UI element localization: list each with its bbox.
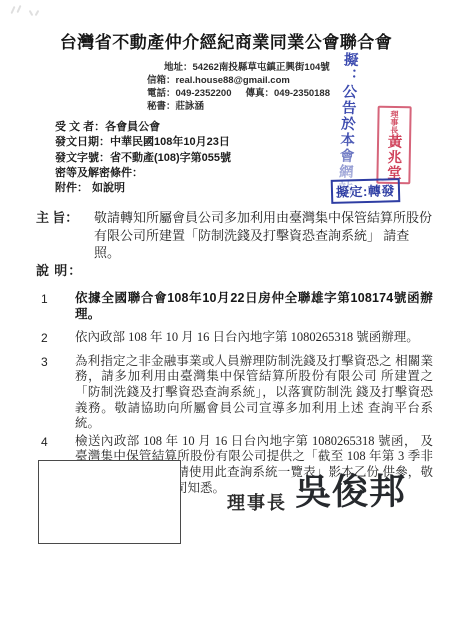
- contact-address: 地址：54262南投縣草屯鎮正興街104號: [147, 61, 330, 74]
- item-number: 4: [41, 434, 75, 449]
- field-recipient-label: 受 文 者：: [55, 121, 105, 133]
- chairman-seal-title: 理事長: [390, 110, 399, 134]
- letter-header-fields: 受 文 者：各會員公會 發文日期：中華民國108年10月23日 發文字號：省不動…: [55, 120, 231, 196]
- subject-label: 主 旨：: [36, 209, 94, 227]
- list-item: 1 依據全國聯合會108年10月22日房仲全聯雄字第108174號函辦理。: [41, 291, 433, 322]
- field-doc-number: 發文字號：省不動產(108)字第055號: [55, 151, 231, 166]
- item-number: 3: [41, 354, 75, 369]
- contact-block: 地址：54262南投縣草屯鎮正興街104號 信箱：real.house88@gm…: [147, 61, 330, 113]
- item-number: 1: [41, 291, 75, 306]
- list-item: 3 為利指定之非金融事業或人員辦理防制洗錢及打擊資恐之 相關業務，請多加利用由臺…: [41, 354, 433, 432]
- signature-name: 吳俊邦: [295, 464, 406, 516]
- scan-noise-mark: [29, 10, 34, 16]
- field-classification: 密等及解密條件：: [55, 166, 231, 181]
- item-number: 2: [41, 330, 75, 345]
- field-issue-date-label: 發文日期：: [55, 136, 110, 148]
- chairman-seal-name: 黃兆堂: [383, 134, 405, 181]
- contact-phone: 電話：049-2352200: [147, 88, 232, 99]
- item-text: 依內政部 108 年 10 月 16 日台內地字第 1080265318 號函辦…: [75, 330, 433, 346]
- signature-title: 理事長: [227, 489, 287, 515]
- subject-text: 敬請轉知所屬會員公司多加利用由臺灣集中保管結算所股份有限公司所建置「防制洗錢及打…: [94, 209, 434, 262]
- description-label: 說 明：: [36, 260, 82, 279]
- field-doc-number-label: 發文字號：: [55, 152, 110, 164]
- scan-noise-mark: [35, 10, 40, 16]
- subject-section: 主 旨： 敬請轉知所屬會員公司多加利用由臺灣集中保管結算所股份有限公司所建置「防…: [36, 209, 434, 262]
- field-doc-number-value: 省不動產(108)字第055號: [110, 152, 231, 164]
- field-issue-date: 發文日期：中華民國108年10月23日: [55, 135, 231, 150]
- contact-phone-fax: 電話：049-2352200傳真：049-2350188: [147, 87, 330, 100]
- chairman-seal-stamp: 理事長 黃兆堂: [376, 106, 411, 185]
- field-classification-label: 密等及解密條件：: [55, 167, 143, 179]
- field-attachment-value: 如說明: [92, 182, 125, 194]
- field-issue-date-value: 中華民國108年10月23日: [110, 136, 230, 148]
- item-text: 為利指定之非金融事業或人員辦理防制洗錢及打擊資恐之 相關業務，請多加利用由臺灣集…: [75, 354, 433, 432]
- field-attachment: 附件：如說明: [55, 181, 231, 196]
- decision-stamp: 擬定:轉發: [331, 178, 400, 204]
- scanned-official-letter: 台灣省不動產仲介經紀商業同業公會聯合會 地址：54262南投縣草屯鎮正興街104…: [0, 0, 452, 640]
- item-text: 依據全國聯合會108年10月22日房仲全聯雄字第108174號函辦理。: [75, 291, 433, 322]
- scan-noise-mark: [10, 6, 15, 14]
- association-title: 台灣省不動產仲介經紀商業同業公會聯合會: [0, 28, 452, 53]
- field-recipient: 受 文 者：各會員公會: [55, 120, 231, 135]
- scan-noise-mark: [16, 5, 21, 13]
- handwritten-annotation: 擬：公告於本會網站: [334, 52, 361, 195]
- contact-fax: 傳真：049-2350188: [246, 88, 331, 99]
- field-recipient-value: 各會員公會: [105, 121, 160, 133]
- list-item: 2 依內政部 108 年 10 月 16 日台內地字第 1080265318 號…: [41, 330, 433, 346]
- attachment-placeholder-box: [38, 460, 181, 544]
- contact-email: 信箱：real.house88@gmail.com: [147, 74, 330, 87]
- field-attachment-label: 附件：: [55, 182, 88, 194]
- contact-secretary: 秘書：莊詠涵: [147, 100, 330, 113]
